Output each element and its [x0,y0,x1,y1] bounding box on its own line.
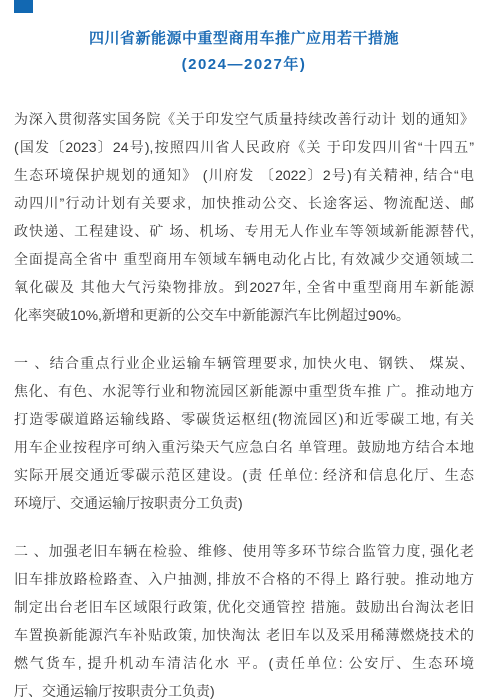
text-line: 旧车排放路检路查、入户抽测, 排放不合格的不得上 路行驶。推动地方 [14,565,474,593]
text-line: 化率突破10%,新增和更新的公交车中新能源汽车比例超过90%。 [14,301,474,329]
text-line: 厅、交通运输厅按职责分工负责) [14,677,474,700]
text-line: (国发〔2023〕24号),按照四川省人民政府《关 于印发四川省“十四五” [14,133,474,161]
text-line: 燃气货车, 提升机动车清洁化水 平。(责任单位: 公安厅、生态环境 [14,649,474,677]
text-line: 生态环境保护规划的通知》 (川府发 〔2022〕2号)有关精神, 结合“电 [14,161,474,189]
text-line: 一 、结合重点行业企业运输车辆管理要求, 加快火电、钢铁、 煤炭、 [14,349,474,377]
text-line: 氧化碳及 其他大气污染物排放。到2027年, 全省中重型商用车新能源 [14,273,474,301]
document-page: 四川省新能源中重型商用车推广应用若干措施 (2024—2027年) 为深入贯彻落… [0,0,488,700]
paragraph-measure-2: 二 、加强老旧车辆在检验、维修、使用等多环节综合监管力度, 强化老旧车排放路检路… [14,537,474,700]
text-line: 环境厅、交通运输厅按职责分工负责) [14,489,474,517]
text-line: 车置换新能源汽车补贴政策, 加快淘汰 老旧车以及采用稀薄燃烧技术的 [14,621,474,649]
text-line: 政快递、工程建设、矿 场、机场、专用无人作业车等领域新能源替代, [14,217,474,245]
document-subtitle: (2024—2027年) [14,57,474,73]
blue-corner-marker [14,0,33,13]
document-body: 为深入贯彻落实国务院《关于印发空气质量持续改善行动计 划的通知》(国发〔2023… [14,105,474,700]
paragraph-measure-1: 一 、结合重点行业企业运输车辆管理要求, 加快火电、钢铁、 煤炭、焦化、有色、水… [14,349,474,517]
text-line: 实际开展交通近零碳示范区建设。(责 任单位: 经济和信息化厅、生态 [14,461,474,489]
document-title: 四川省新能源中重型商用车推广应用若干措施 [14,31,474,47]
text-line: 二 、加强老旧车辆在检验、维修、使用等多环节综合监管力度, 强化老 [14,537,474,565]
text-line: 制定出台老旧车区域限行政策, 优化交通管控 措施。鼓励出台淘汰老旧 [14,593,474,621]
text-line: 为深入贯彻落实国务院《关于印发空气质量持续改善行动计 划的通知》 [14,105,474,133]
text-line: 用车企业按程序可纳入重污染天气应急白名 单管理。鼓励地方结合本地 [14,433,474,461]
text-line: 动四川”行动计划有关要求, 加快推动公交、长途客运、物流配送、邮 [14,189,474,217]
text-line: 焦化、有色、水泥等行业和物流园区新能源中重型货车推 广。推动地方 [14,377,474,405]
text-line: 打造零碳道路运输线路、零碳货运枢纽(物流园区)和近零碳工地, 有关 [14,405,474,433]
paragraph-intro: 为深入贯彻落实国务院《关于印发空气质量持续改善行动计 划的通知》(国发〔2023… [14,105,474,329]
text-line: 全面提高全省中 重型商用车领域车辆电动化占比, 有效减少交通领域二 [14,245,474,273]
